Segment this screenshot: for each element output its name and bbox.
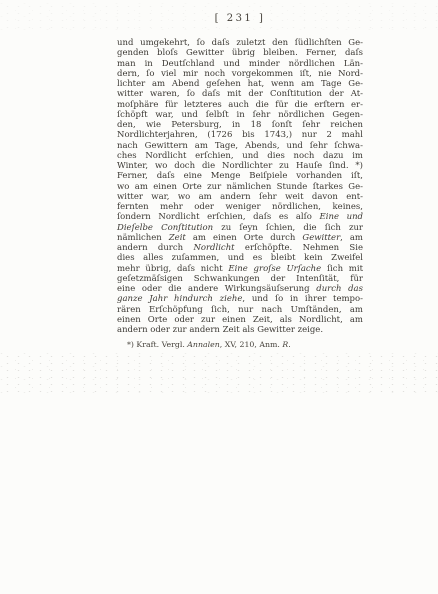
text-segment: Winter, wo doch die Nordlichter zu Hauſe… xyxy=(117,161,363,171)
text-segment: Ferner, daſs eine Menge Beiſpiele vorhan… xyxy=(117,171,363,181)
text-line: mehr übrig, daſs nicht Eine groſse Urſac… xyxy=(117,264,363,274)
text-segment: *) Kraft. Vergl. xyxy=(127,340,187,349)
text-segment: und umgekehrt, ſo daſs zuletzt den ſüdli… xyxy=(117,38,363,48)
italic-text: Nordlicht xyxy=(193,243,234,253)
text-segment: , am xyxy=(340,233,363,243)
footnote: *) Kraft. Vergl. Annalen, XV, 210, Anm. … xyxy=(127,340,363,350)
text-segment: man in Deutſchland und minder nördlichen… xyxy=(117,59,363,69)
text-segment: nämlichen xyxy=(117,233,169,243)
text-segment: den, wie Petersburg, in 18 ſonſt ſehr re… xyxy=(117,120,363,130)
text-line: andern durch Nordlicht erſchöpfte. Nehme… xyxy=(117,243,363,253)
text-segment: fernten mehr oder weniger nördlichen, ke… xyxy=(117,202,363,212)
text-line: ſondern Nordlicht erſchien, daſs es alſo… xyxy=(117,212,363,222)
text-line: einen Orte oder zur einen Zeit, als Nord… xyxy=(117,315,363,325)
text-line: Winter, wo doch die Nordlichter zu Hauſe… xyxy=(117,161,363,171)
body-text: und umgekehrt, ſo daſs zuletzt den ſüdli… xyxy=(117,38,363,335)
text-line: und umgekehrt, ſo daſs zuletzt den ſüdli… xyxy=(117,38,363,48)
text-segment: genden bloſs Gewitter übrig bleiben. Fer… xyxy=(117,48,363,58)
text-line: witter waren, ſo daſs mit der Conſtituti… xyxy=(117,89,363,99)
text-line: witter war, wo am andern ſehr weit davon… xyxy=(117,192,363,202)
text-segment: mehr übrig, daſs nicht xyxy=(117,264,228,274)
italic-text: ganze Jahr hindurch ziehe xyxy=(117,294,242,304)
italic-text: Annalen xyxy=(187,340,219,349)
italic-text: R. xyxy=(282,340,290,349)
text-segment: am einen Orte durch xyxy=(186,233,303,243)
text-line: andern oder zur andern Zeit als Gewitter… xyxy=(117,325,363,335)
text-segment: ches Nordlicht erſchien, und dies noch d… xyxy=(117,151,363,161)
text-line: man in Deutſchland und minder nördlichen… xyxy=(117,59,363,69)
text-line: *) Kraft. Vergl. Annalen, XV, 210, Anm. … xyxy=(127,340,363,350)
italic-text: Eine und xyxy=(320,212,363,222)
text-line: ganze Jahr hindurch ziehe, und ſo in ihr… xyxy=(117,294,363,304)
text-segment: dies alles zuſammen, und es bleibt kein … xyxy=(117,253,363,263)
text-segment: einen Orte oder zur einen Zeit, als Nord… xyxy=(117,315,363,325)
text-line: rären Erſchöpfung ſich, nur nach Umſtänd… xyxy=(117,305,363,315)
text-line: genden bloſs Gewitter übrig bleiben. Fer… xyxy=(117,48,363,58)
text-segment: andern durch xyxy=(117,243,193,253)
text-segment: nach Gewittern am Tage, Abends, und ſehr… xyxy=(117,141,363,151)
text-segment: geſetzmäſsigen Schwankungen der Intenſit… xyxy=(117,274,363,284)
text-line: den, wie Petersburg, in 18 ſonſt ſehr re… xyxy=(117,120,363,130)
text-segment: witter war, wo am andern ſehr weit davon… xyxy=(117,192,363,202)
text-segment: Nordlichterjahren, (1726 bis 1743,) nur … xyxy=(117,130,363,140)
text-line: wo am einen Orte zur nämlichen Stunde ſt… xyxy=(117,182,363,192)
italic-text: Zeit xyxy=(169,233,186,243)
text-line: ſchöpft war, und ſelbſt in ſehr nördlich… xyxy=(117,110,363,120)
text-line: moſphäre für letzteres auch die für die … xyxy=(117,100,363,110)
text-segment: zu ſeyn ſchien, die ſich zur xyxy=(213,223,363,233)
text-line: eine oder die andere Wirkungsäuſserung d… xyxy=(117,284,363,294)
text-line: Ferner, daſs eine Menge Beiſpiele vorhan… xyxy=(117,171,363,181)
text-line: Nordlichterjahren, (1726 bis 1743,) nur … xyxy=(117,130,363,140)
scanned-book-page: [ 231 ] und umgekehrt, ſo daſs zuletzt d… xyxy=(0,0,438,594)
text-segment: , XV, 210, Anm. xyxy=(220,340,283,349)
text-line: Dieſelbe Conſtitution zu ſeyn ſchien, di… xyxy=(117,223,363,233)
text-line: nämlichen Zeit am einen Orte durch Gewit… xyxy=(117,233,363,243)
text-line: fernten mehr oder weniger nördlichen, ke… xyxy=(117,202,363,212)
text-segment: moſphäre für letzteres auch die für die … xyxy=(117,100,363,110)
text-segment: ſchöpft war, und ſelbſt in ſehr nördlich… xyxy=(117,110,363,120)
page-number: [ 231 ] xyxy=(117,13,363,24)
scan-noise-band xyxy=(0,352,438,394)
text-segment: andern oder zur andern Zeit als Gewitter… xyxy=(117,325,323,335)
text-line: nach Gewittern am Tage, Abends, und ſehr… xyxy=(117,141,363,151)
text-line: dern, ſo viel mir noch vorgekommen iſt, … xyxy=(117,69,363,79)
text-line: dies alles zuſammen, und es bleibt kein … xyxy=(117,253,363,263)
italic-text: Dieſelbe Conſtitution xyxy=(117,223,213,233)
text-segment: erſchöpfte. Nehmen Sie xyxy=(235,243,363,253)
text-segment: ſich mit xyxy=(321,264,363,274)
text-segment: lichter am Abend geſehen hat, wenn am Ta… xyxy=(117,79,363,89)
text-line: geſetzmäſsigen Schwankungen der Intenſit… xyxy=(117,274,363,284)
text-segment: rären Erſchöpfung ſich, nur nach Umſtänd… xyxy=(117,305,363,315)
italic-text: Gewitter xyxy=(302,233,340,243)
text-segment: , und ſo in ihrer tempo- xyxy=(242,294,363,304)
italic-text: durch das xyxy=(316,284,363,294)
text-segment: ſondern Nordlicht erſchien, daſs es alſo xyxy=(117,212,320,222)
italic-text: Eine groſse Urſache xyxy=(228,264,321,274)
text-segment: wo am einen Orte zur nämlichen Stunde ſt… xyxy=(117,182,363,192)
text-segment: dern, ſo viel mir noch vorgekommen iſt, … xyxy=(117,69,363,79)
text-segment: witter waren, ſo daſs mit der Conſtituti… xyxy=(117,89,363,99)
text-line: lichter am Abend geſehen hat, wenn am Ta… xyxy=(117,79,363,89)
text-line: ches Nordlicht erſchien, und dies noch d… xyxy=(117,151,363,161)
text-segment: eine oder die andere Wirkungsäuſserung xyxy=(117,284,316,294)
